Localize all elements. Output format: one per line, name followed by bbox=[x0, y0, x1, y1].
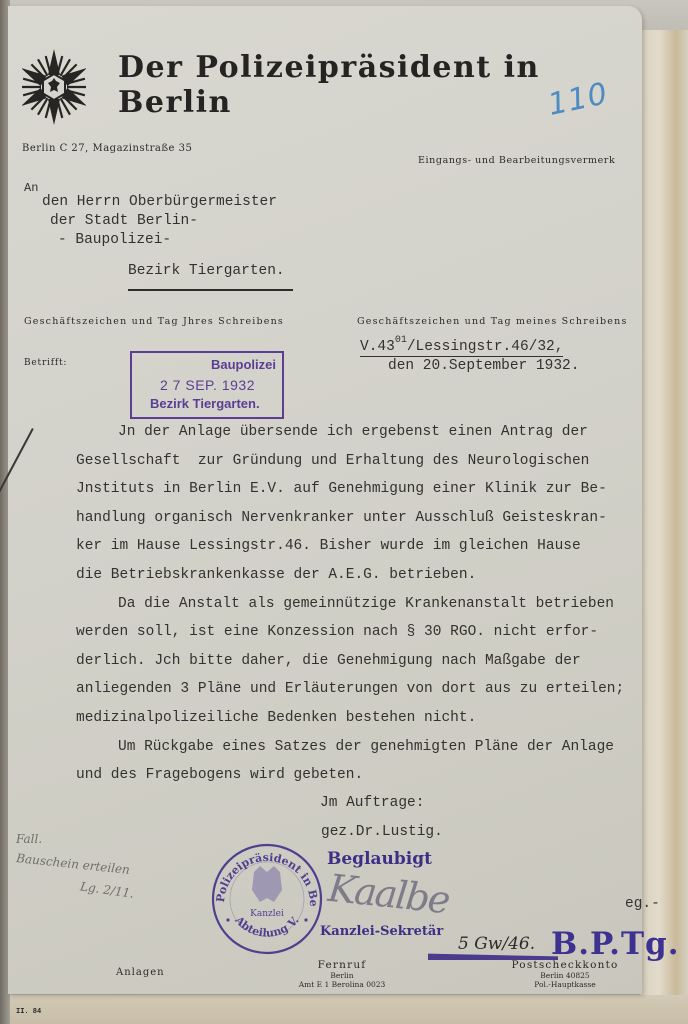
footer-phone: Fernruf Berlin Amt E 1 Berolina 0023 bbox=[292, 959, 392, 989]
body-line: und des Fragebogens wird gebeten. bbox=[76, 761, 636, 790]
reference-superscript: 01 bbox=[395, 335, 407, 346]
stamp-district: Bezirk Tiergarten. bbox=[150, 396, 260, 411]
your-reference-label: Geschäftszeichen und Tag Jhres Schreiben… bbox=[24, 316, 284, 327]
pencil-note-line: Fall. bbox=[16, 832, 42, 846]
pencil-note-line: Lg. 2/11. bbox=[79, 879, 134, 900]
postal-account-number: Berlin 40825 bbox=[510, 971, 620, 980]
pencil-note-line: Bauschein erteilen bbox=[16, 851, 131, 877]
footer-anlagen: Anlagen bbox=[116, 967, 165, 978]
stamp-office: Baupolizei bbox=[211, 357, 276, 372]
recipient-district: Bezirk Tiergarten. bbox=[128, 263, 285, 279]
body-line: Gesellschaft zur Gründung und Erhaltung … bbox=[76, 447, 636, 476]
body-line: derlich. Jch bitte daher, die Genehmigun… bbox=[76, 647, 636, 676]
certified-stamp: Beglaubigt bbox=[327, 849, 432, 869]
signed-by-line: gez.Dr.Lustig. bbox=[321, 824, 443, 840]
handwritten-file-number: 5 Gw/46. bbox=[458, 934, 535, 954]
receipt-date-stamp: Baupolizei 2 7 SEP. 1932 Bezirk Tiergart… bbox=[130, 351, 284, 419]
body-line: Da die Anstalt als gemeinnützige Kranken… bbox=[76, 590, 636, 619]
eg-mark: eg.- bbox=[625, 896, 660, 912]
subject-label: Betrifft: bbox=[24, 358, 67, 368]
body-line: medizinalpolizeiliche Bedenken bestehen … bbox=[76, 704, 636, 733]
sender-address: Berlin C 27, Magazinstraße 35 bbox=[22, 143, 192, 154]
body-line: anliegenden 3 Pläne und Erläuterungen vo… bbox=[76, 675, 636, 704]
letter-body: Jn der Anlage übersende ich ergebenst ei… bbox=[76, 418, 636, 790]
receipt-note-label: Eingangs- und Bearbeitungsvermerk bbox=[418, 155, 615, 166]
postal-account-label: Postscheckkonto bbox=[510, 959, 620, 971]
phone-city: Berlin bbox=[292, 971, 392, 980]
seal-center-text: Kanzlei bbox=[250, 909, 284, 919]
clerk-title-stamp: Kanzlei-Sekretär bbox=[320, 924, 443, 939]
body-line: handlung organisch Nervenkranker unter A… bbox=[76, 504, 636, 533]
underlying-page-edge bbox=[640, 30, 688, 1024]
my-reference-label: Geschäftszeichen und Tag meines Schreibe… bbox=[357, 316, 628, 327]
reference-suffix: /Lessingstr.46/32, bbox=[407, 339, 564, 355]
recipient-line: der Stadt Berlin- bbox=[50, 213, 198, 229]
handwritten-signature: Kaalbe bbox=[326, 866, 451, 922]
recipient-line: - Baupolizei- bbox=[58, 232, 171, 248]
bptg-stamp: B.P.Tg. bbox=[551, 926, 680, 962]
stamp-date: 2 7 SEP. 1932 bbox=[160, 377, 255, 393]
body-line: ker im Hause Lessingstr.46. Bisher wurde… bbox=[76, 532, 636, 561]
reference-prefix: V.43 bbox=[360, 339, 395, 355]
body-line: die Betriebskrankenkasse der A.E.G. betr… bbox=[76, 561, 636, 590]
phone-number: Amt E 1 Berolina 0023 bbox=[292, 980, 392, 989]
phone-label: Fernruf bbox=[292, 959, 392, 971]
recipient-underline bbox=[128, 289, 293, 291]
police-star-emblem-icon bbox=[22, 48, 86, 126]
recipient-line: den Herrn Oberbürgermeister bbox=[42, 194, 277, 210]
body-line: Jn der Anlage übersende ich ergebenst ei… bbox=[76, 418, 636, 447]
letter-date: den 20.September 1932. bbox=[388, 358, 579, 374]
postal-account-holder: Pol.-Hauptkasse bbox=[510, 980, 620, 989]
letter-page: Der Polizeipräsident in Berlin 110 Berli… bbox=[8, 6, 642, 994]
underlying-page-bottom bbox=[0, 995, 688, 1024]
recipient-prefix: An bbox=[24, 181, 38, 195]
on-behalf-line: Jm Auftrage: bbox=[320, 795, 424, 811]
round-office-seal-icon: Der Polizeipräsident in Berlin Abteilung… bbox=[210, 842, 324, 956]
reference-number: V.4301/Lessingstr.46/32, bbox=[360, 337, 563, 357]
body-line: Jnstituts in Berlin E.V. auf Genehmigung… bbox=[76, 475, 636, 504]
body-line: werden soll, ist eine Konzession nach § … bbox=[76, 618, 636, 647]
body-line: Um Rückgabe eines Satzes der genehmigten… bbox=[76, 733, 636, 762]
footer-postal-account: Postscheckkonto Berlin 40825 Pol.-Hauptk… bbox=[510, 959, 620, 989]
form-number: II. 84 bbox=[16, 1008, 41, 1016]
